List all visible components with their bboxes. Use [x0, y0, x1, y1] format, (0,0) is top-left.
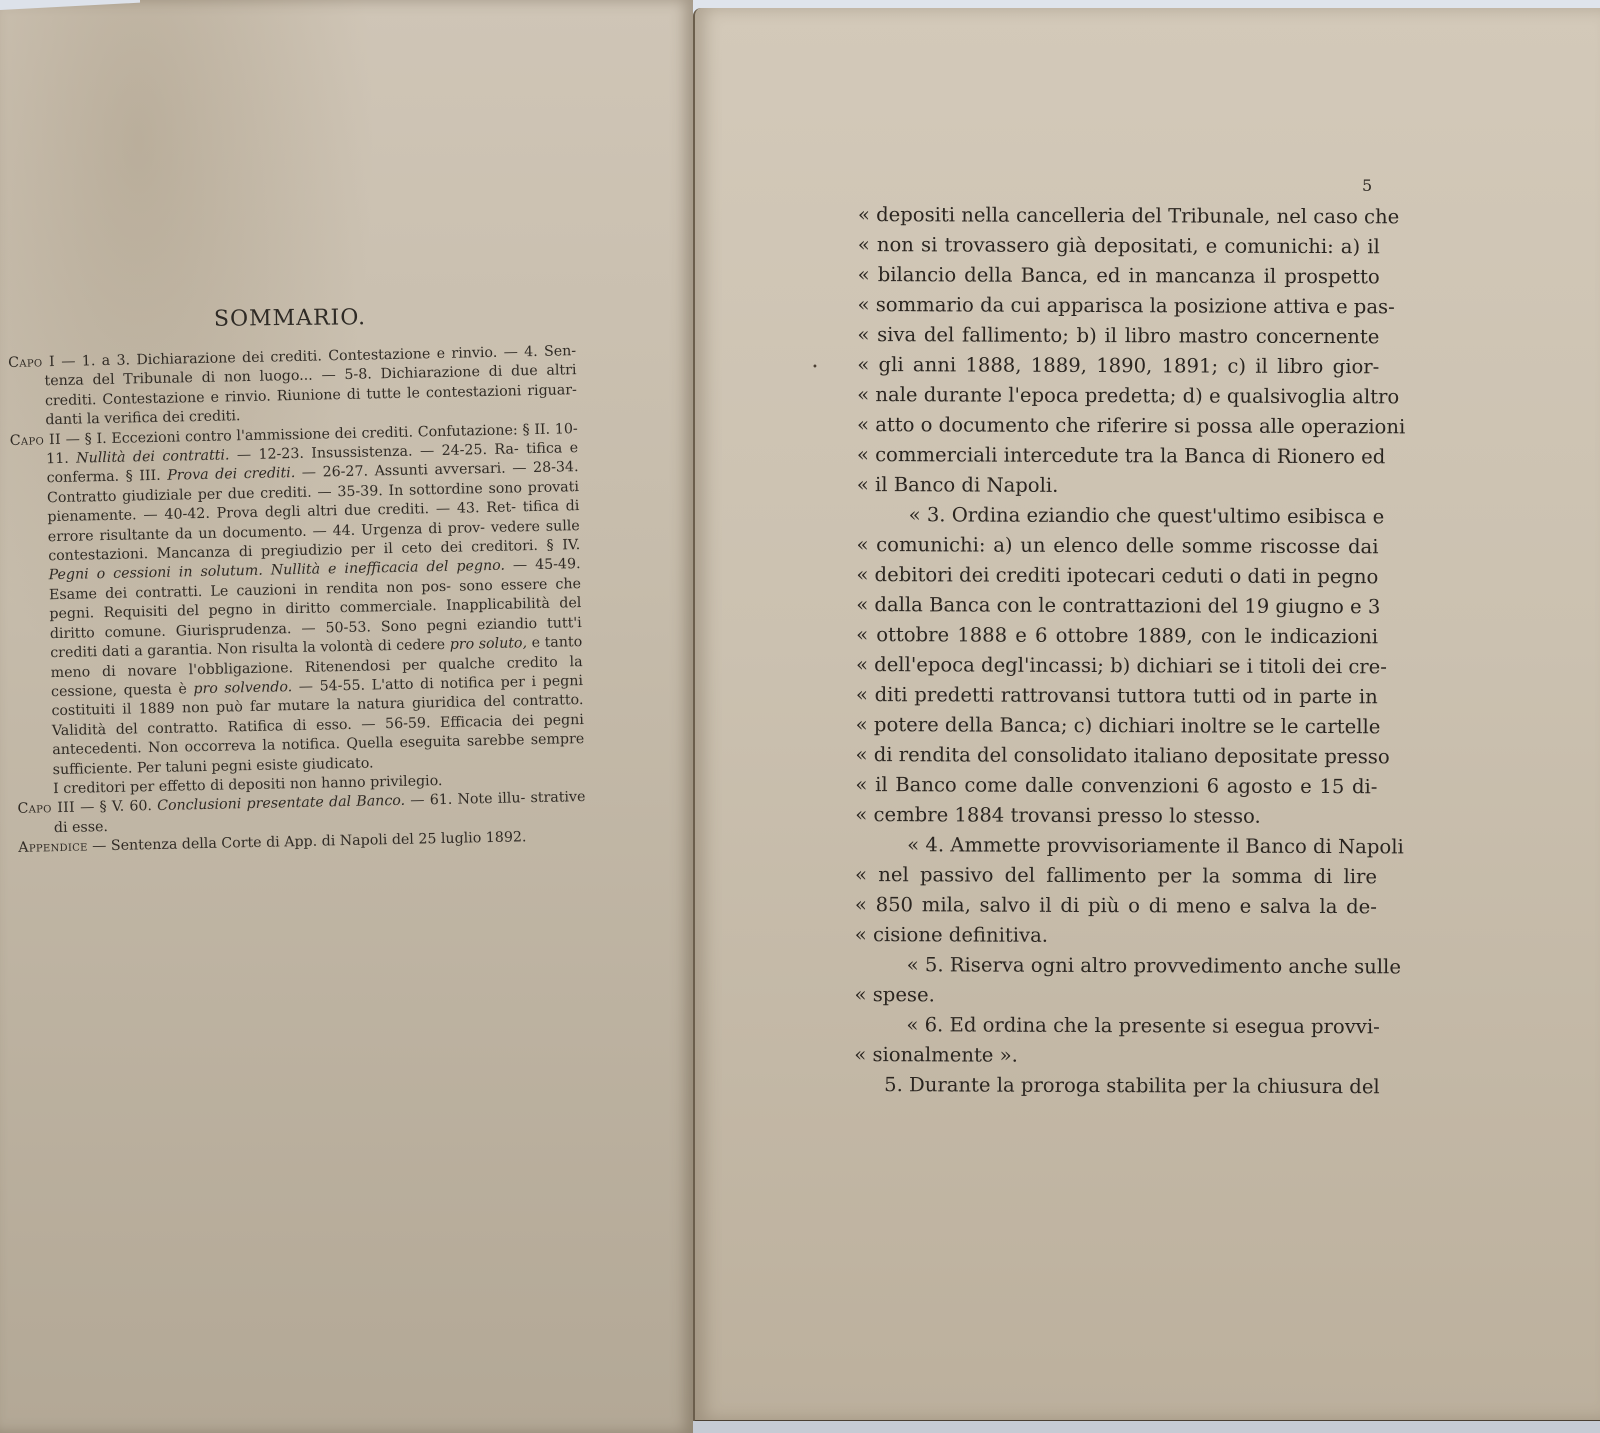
text-line: « di rendita del consolidato italiano de… — [856, 740, 1378, 772]
text-line: « diti predetti rattrovansi tuttora tutt… — [856, 680, 1378, 712]
book-spread: SOMMARIO. Capo I — 1. a 3. Dichiarazione… — [0, 0, 1600, 1433]
text-line: « potere della Banca; c) dichiari inoltr… — [856, 710, 1378, 742]
text-line: « gli anni 1888, 1889, 1890, 1891; c) il… — [857, 350, 1379, 382]
text-line: « nale durante l'epoca predetta; d) e qu… — [857, 380, 1379, 412]
text-line: « dalla Banca con le contrattazioni del … — [856, 590, 1378, 622]
summary-entry-capo-1: Capo I — 1. a 3. Dichiarazione dei credi… — [8, 342, 578, 432]
margin-dot: • — [812, 362, 818, 373]
text-line: « cisione definitiva. — [855, 920, 1377, 952]
entry-label: Capo II — [10, 432, 61, 449]
text-line: « il Banco come dalle convenzioni 6 agos… — [855, 770, 1377, 802]
text-line: « comunichi: a) un elenco delle somme ri… — [856, 530, 1378, 562]
text-line: « non si trovassero già depositati, e co… — [858, 230, 1380, 262]
paragraph-start: 5. Durante la proroga stabilita per la c… — [854, 1070, 1376, 1102]
text-line: « debitori dei crediti ipotecari ceduti … — [856, 560, 1378, 592]
text-line: « sommario da cui apparisca la posizione… — [857, 290, 1379, 322]
entry-label: Capo III — [17, 800, 75, 817]
background-strip-bottom — [693, 1421, 1600, 1433]
page-number: 5 — [1362, 176, 1372, 195]
text-line: « 850 mila, salvo il di più o di meno e … — [855, 890, 1377, 922]
text-line: « cembre 1884 trovansi presso lo stesso. — [855, 800, 1377, 832]
text-line: « ottobre 1888 e 6 ottobre 1889, con le … — [856, 620, 1378, 652]
text-line: « nel passivo del fallimento per la somm… — [855, 860, 1377, 892]
paragraph-start: « 3. Ordina eziandio che quest'ultimo es… — [857, 500, 1379, 532]
body-text: « depositi nella cancelleria del Tribuna… — [854, 200, 1380, 1102]
text-line: « commerciali intercedute tra la Banca d… — [857, 440, 1379, 472]
text-line: « siva del fallimento; b) il libro mastr… — [857, 320, 1379, 352]
paragraph-start: « 4. Ammette provvisoriamente il Banco d… — [855, 830, 1377, 862]
text-line: « spese. — [854, 980, 1376, 1012]
text-line: « bilancio della Banca, ed in mancanza i… — [858, 260, 1380, 292]
text-line: « sionalmente ». — [854, 1040, 1376, 1072]
paragraph-start: « 5. Riserva ogni altro provvedimento an… — [855, 950, 1377, 982]
summary-list: Capo I — 1. a 3. Dichiarazione dei credi… — [8, 342, 586, 858]
entry-label: Capo I — [8, 354, 55, 371]
text-line: « depositi nella cancelleria del Tribuna… — [858, 200, 1380, 232]
text-line: « atto o documento che riferire si possa… — [857, 410, 1379, 442]
entry-label: Appendice — [18, 839, 88, 856]
text-line: « dell'epoca degl'incassi; b) dichiari s… — [856, 650, 1378, 682]
paragraph-start: « 6. Ed ordina che la presente si esegua… — [854, 1010, 1376, 1042]
text-line: « il Banco di Napoli. — [857, 470, 1379, 502]
summary-entry-capo-2: Capo II — § I. Eccezioni contro l'ammiss… — [10, 420, 586, 801]
